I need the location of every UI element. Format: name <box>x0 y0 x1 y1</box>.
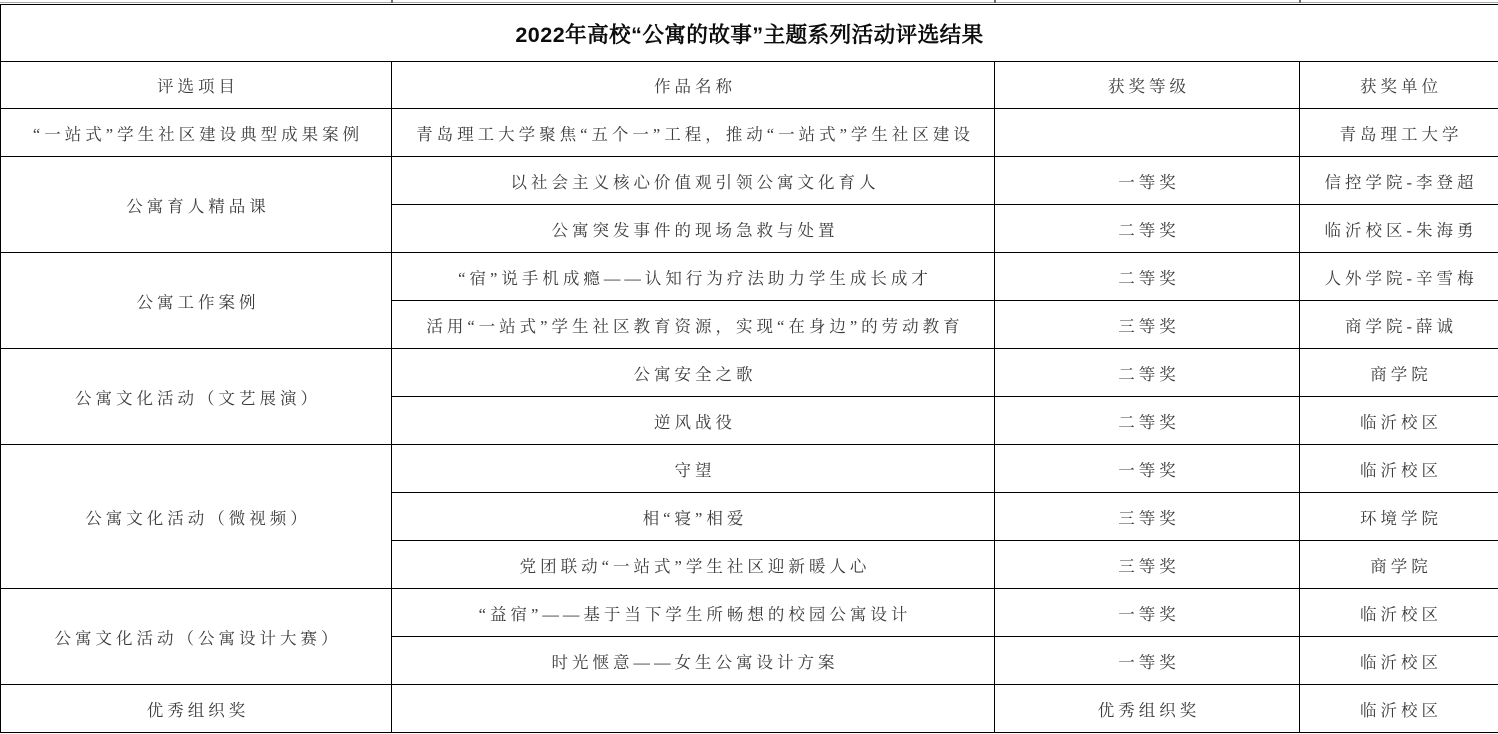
gridline-tick <box>391 0 393 3</box>
award-level-cell: 二等奖 <box>995 397 1300 445</box>
award-level-cell: 优秀组织奖 <box>995 685 1300 733</box>
column-header-award-unit: 获奖单位 <box>1300 62 1498 109</box>
award-level-cell: 一等奖 <box>995 445 1300 493</box>
work-name-cell: “宿”说手机成瘾——认知行为疗法助力学生成长成才 <box>392 253 995 301</box>
table-row: 公寓文化活动（公寓设计大赛）“益宿”——基于当下学生所畅想的校园公寓设计一等奖临… <box>1 589 1498 637</box>
work-name-cell: 相“寝”相爱 <box>392 493 995 541</box>
award-unit-cell: 商学院 <box>1300 349 1498 397</box>
award-level-cell: 二等奖 <box>995 205 1300 253</box>
table-row: 公寓育人精品课以社会主义核心价值观引领公寓文化育人一等奖信控学院-李登超 <box>1 157 1498 205</box>
work-name-cell: 公寓突发事件的现场急救与处置 <box>392 205 995 253</box>
work-name-cell: 公寓安全之歌 <box>392 349 995 397</box>
project-cell: 公寓工作案例 <box>1 253 392 349</box>
table-row: 公寓文化活动（文艺展演）公寓安全之歌二等奖商学院 <box>1 349 1498 397</box>
work-name-cell: 活用“一站式”学生社区教育资源，实现“在身边”的劳动教育 <box>392 301 995 349</box>
table-row: 优秀组织奖优秀组织奖临沂校区 <box>1 685 1498 733</box>
project-cell: “一站式”学生社区建设典型成果案例 <box>1 109 392 157</box>
project-cell: 公寓文化活动（文艺展演） <box>1 349 392 445</box>
table-header-row: 评选项目 作品名称 获奖等级 获奖单位 <box>1 62 1498 109</box>
work-name-cell: 以社会主义核心价值观引领公寓文化育人 <box>392 157 995 205</box>
column-header-project: 评选项目 <box>1 62 392 109</box>
award-unit-cell: 临沂校区 <box>1300 445 1498 493</box>
column-header-award-level: 获奖等级 <box>995 62 1300 109</box>
table-row: “一站式”学生社区建设典型成果案例青岛理工大学聚焦“五个一”工程，推动“一站式”… <box>1 109 1498 157</box>
column-header-work-name: 作品名称 <box>392 62 995 109</box>
work-name-cell: 青岛理工大学聚焦“五个一”工程，推动“一站式”学生社区建设 <box>392 109 995 157</box>
table-row: 公寓工作案例“宿”说手机成瘾——认知行为疗法助力学生成长成才二等奖人外学院-辛雪… <box>1 253 1498 301</box>
work-name-cell: 守望 <box>392 445 995 493</box>
award-unit-cell: 临沂校区 <box>1300 685 1498 733</box>
cropped-row-remnant <box>0 0 1498 3</box>
work-name-cell: “益宿”——基于当下学生所畅想的校园公寓设计 <box>392 589 995 637</box>
award-unit-cell: 临沂校区 <box>1300 589 1498 637</box>
award-unit-cell: 信控学院-李登超 <box>1300 157 1498 205</box>
page-title: 2022年高校“公寓的故事”主题系列活动评选结果 <box>1 5 1498 62</box>
work-name-cell: 时光惬意——女生公寓设计方案 <box>392 637 995 685</box>
award-level-cell <box>995 109 1300 157</box>
project-cell: 优秀组织奖 <box>1 685 392 733</box>
award-unit-cell: 临沂校区 <box>1300 637 1498 685</box>
award-level-cell: 一等奖 <box>995 589 1300 637</box>
award-unit-cell: 环境学院 <box>1300 493 1498 541</box>
work-name-cell <box>392 685 995 733</box>
award-unit-cell: 商学院 <box>1300 541 1498 589</box>
award-level-cell: 三等奖 <box>995 301 1300 349</box>
award-level-cell: 三等奖 <box>995 541 1300 589</box>
results-table: 2022年高校“公寓的故事”主题系列活动评选结果 评选项目 作品名称 获奖等级 … <box>0 4 1498 733</box>
award-level-cell: 一等奖 <box>995 157 1300 205</box>
results-table-body: “一站式”学生社区建设典型成果案例青岛理工大学聚焦“五个一”工程，推动“一站式”… <box>1 109 1498 733</box>
project-cell: 公寓文化活动（微视频） <box>1 445 392 589</box>
project-cell: 公寓文化活动（公寓设计大赛） <box>1 589 392 685</box>
table-row: 公寓文化活动（微视频）守望一等奖临沂校区 <box>1 445 1498 493</box>
award-unit-cell: 临沂校区 <box>1300 397 1498 445</box>
work-name-cell: 逆风战役 <box>392 397 995 445</box>
award-unit-cell: 人外学院-辛雪梅 <box>1300 253 1498 301</box>
award-unit-cell: 青岛理工大学 <box>1300 109 1498 157</box>
gridline-tick <box>1299 0 1301 3</box>
award-level-cell: 二等奖 <box>995 253 1300 301</box>
project-cell: 公寓育人精品课 <box>1 157 392 253</box>
award-level-cell: 二等奖 <box>995 349 1300 397</box>
award-level-cell: 三等奖 <box>995 493 1300 541</box>
award-level-cell: 一等奖 <box>995 637 1300 685</box>
document-page: 2022年高校“公寓的故事”主题系列活动评选结果 评选项目 作品名称 获奖等级 … <box>0 0 1498 734</box>
work-name-cell: 党团联动“一站式”学生社区迎新暖人心 <box>392 541 995 589</box>
gridline-tick <box>994 0 996 3</box>
award-unit-cell: 临沂校区-朱海勇 <box>1300 205 1498 253</box>
award-unit-cell: 商学院-薛诚 <box>1300 301 1498 349</box>
title-row: 2022年高校“公寓的故事”主题系列活动评选结果 <box>1 5 1498 62</box>
